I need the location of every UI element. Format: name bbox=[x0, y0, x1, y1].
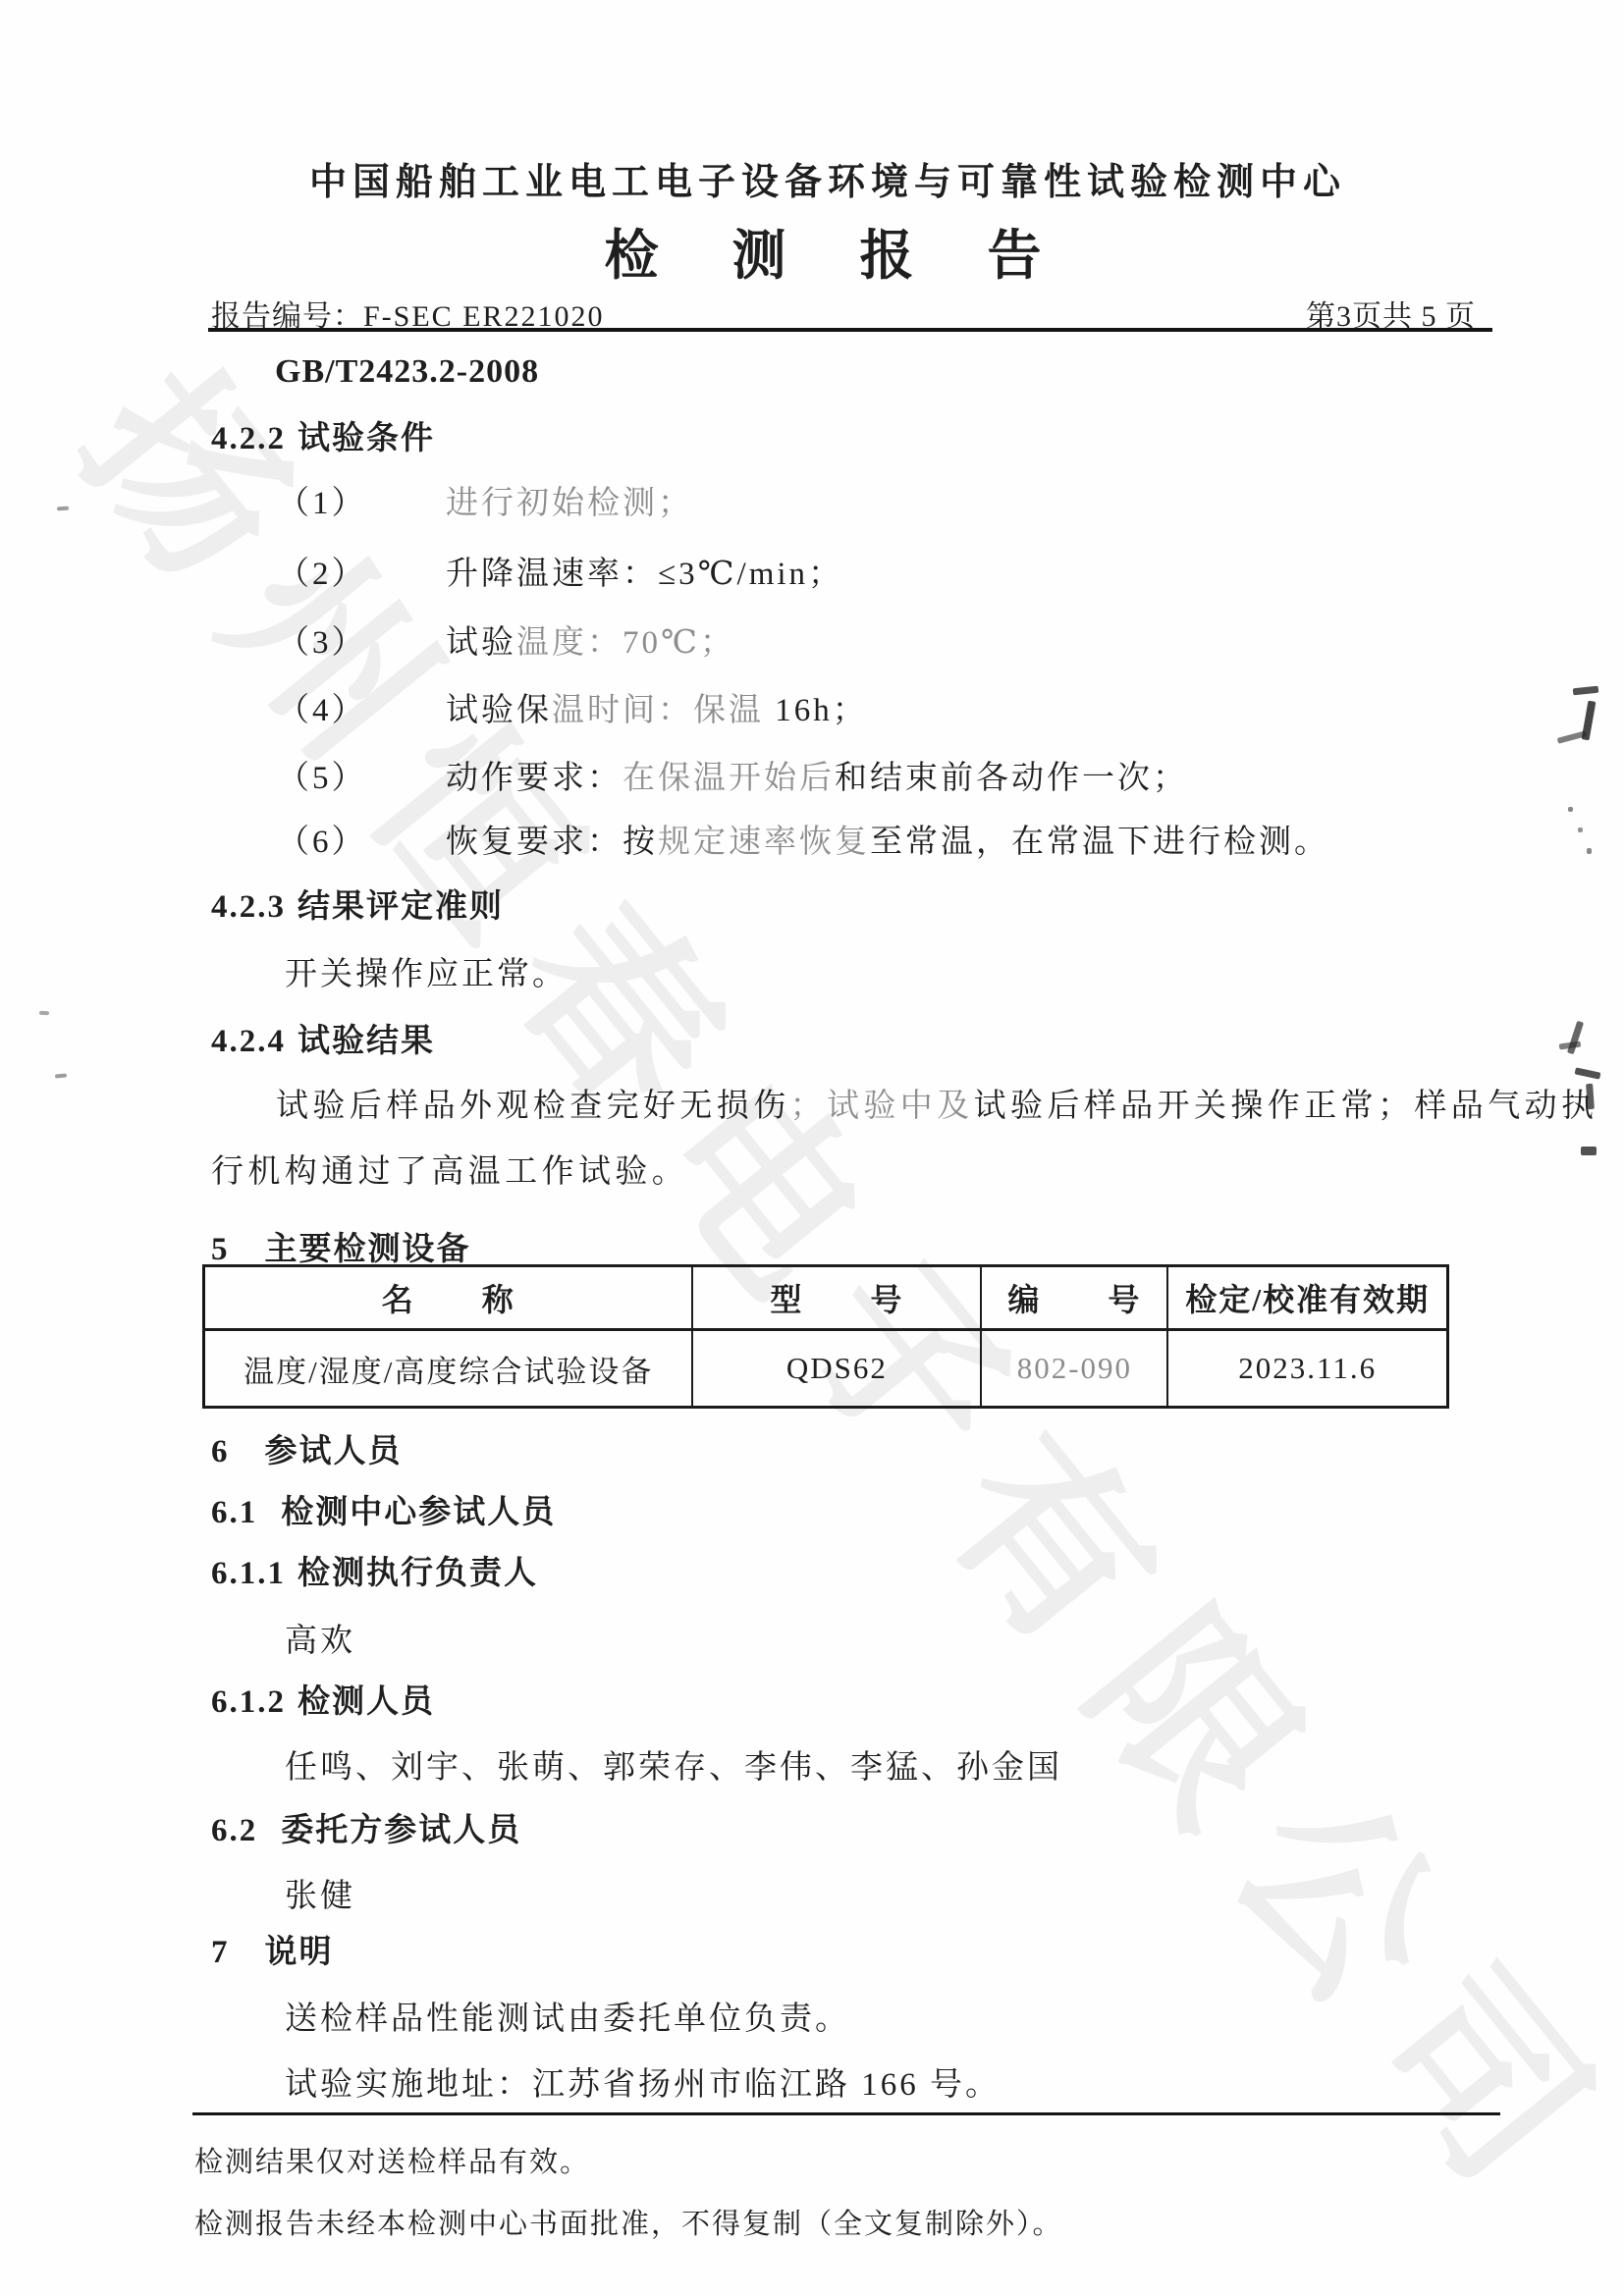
heading-6-1: 6.1检测中心参试人员 bbox=[211, 1486, 556, 1532]
col-header-serial: 编 号 bbox=[981, 1266, 1167, 1330]
item-number: （2） bbox=[277, 548, 446, 594]
client-personnel-name: 张健 bbox=[285, 1870, 355, 1916]
heading-4-2-2: 4.2.2试验条件 bbox=[211, 412, 435, 458]
equipment-validity: 2023.11.6 bbox=[1167, 1330, 1447, 1408]
item-text-faded: 进行初始检测； bbox=[446, 486, 693, 521]
footer-statement-1: 检测结果仅对送检样品有效。 bbox=[194, 2140, 590, 2180]
condition-item-2: （2）升降温速率：≤3℃/min； bbox=[277, 548, 843, 594]
heading-6-2: 6.2委托方参试人员 bbox=[211, 1804, 521, 1850]
standard-ref: GB/T2423.2-2008 bbox=[275, 353, 539, 391]
table-header-row: 名 称 型 号 编 号 检定/校准有效期 bbox=[204, 1266, 1448, 1330]
item-text: 升降温速率：≤3℃/min； bbox=[446, 557, 843, 592]
heading-4-2-3: 4.2.3结果评定准则 bbox=[211, 881, 504, 927]
heading-title: 检测人员 bbox=[298, 1684, 435, 1720]
test-leader-name: 高欢 bbox=[285, 1615, 355, 1661]
item-text: 至常温，在常温下进行检测。 bbox=[870, 825, 1329, 860]
item-text: 恢复要求：按 bbox=[446, 825, 658, 860]
col-header-name: 名 称 bbox=[204, 1266, 693, 1330]
doc-title: 检 测 报 告 bbox=[211, 212, 1444, 290]
table-row: 温度/湿度/高度综合试验设备 QDS62 802-090 2023.11.6 bbox=[204, 1330, 1448, 1408]
result-paragraph-line-1: 试验后样品外观检查完好无损伤；试验中及试验后样品开关操作正常；样品气动执 bbox=[211, 1080, 1597, 1126]
item-text-faded: 规定速率恢复 bbox=[658, 825, 870, 860]
heading-6: 6参试人员 bbox=[211, 1425, 403, 1471]
heading-6-1-1: 6.1.1检测执行负责人 bbox=[211, 1547, 538, 1593]
heading-number: 6.1.1 bbox=[211, 1556, 286, 1591]
equipment-serial: 802-090 bbox=[981, 1330, 1167, 1408]
heading-number: 4.2.4 bbox=[211, 1024, 286, 1059]
heading-number: 6.1 bbox=[211, 1495, 257, 1530]
heading-6-1-2: 6.1.2检测人员 bbox=[211, 1676, 435, 1722]
footer-rule bbox=[192, 2112, 1500, 2115]
equipment-name: 温度/湿度/高度综合试验设备 bbox=[204, 1330, 693, 1408]
condition-item-5: （5）动作要求：在保温开始后和结束前各动作一次； bbox=[277, 752, 1188, 798]
equipment-model: QDS62 bbox=[692, 1330, 981, 1408]
heading-title: 检测中心参试人员 bbox=[281, 1495, 556, 1530]
heading-number: 6 bbox=[211, 1434, 230, 1469]
item-number: （6） bbox=[277, 816, 446, 862]
heading-4-2-4: 4.2.4试验结果 bbox=[211, 1015, 435, 1061]
note-line-2: 试验实施地址：江苏省扬州市临江路 166 号。 bbox=[285, 2058, 1001, 2105]
col-header-model: 型 号 bbox=[692, 1266, 981, 1330]
result-text-faded: ；试验中及 bbox=[790, 1089, 974, 1124]
heading-number: 6.1.2 bbox=[211, 1684, 286, 1720]
item-number: （3） bbox=[277, 616, 446, 663]
item-number: （4） bbox=[277, 684, 446, 730]
test-personnel-names: 任鸣、刘宇、张萌、郭荣存、李伟、李猛、孙金国 bbox=[285, 1741, 1062, 1788]
item-text: 动作要求： bbox=[446, 761, 623, 796]
result-text: 试验后样品开关操作正常；样品气动执 bbox=[974, 1089, 1598, 1124]
heading-title: 说明 bbox=[265, 1935, 334, 1970]
org-name: 中国船舶工业电工电子设备环境与可靠性试验检测中心 bbox=[211, 151, 1444, 205]
heading-title: 参试人员 bbox=[265, 1434, 403, 1469]
item-text-faded: 温时间：保温 bbox=[552, 693, 775, 728]
test-report-page: 扬州恒春电子有限公司 中国船舶工业电工电子设备环境与可靠性试验检测中心 检 测 … bbox=[0, 0, 1624, 2296]
heading-title: 检测执行负责人 bbox=[298, 1556, 538, 1591]
heading-number: 7 bbox=[211, 1935, 230, 1970]
note-line-1: 送检样品性能测试由委托单位负责。 bbox=[285, 1993, 850, 2039]
condition-item-3: （3）试验温度：70℃； bbox=[277, 616, 735, 663]
item-number: （1） bbox=[277, 477, 446, 523]
equipment-table: 名 称 型 号 编 号 检定/校准有效期 温度/湿度/高度综合试验设备 QDS6… bbox=[202, 1264, 1449, 1409]
result-paragraph-line-2: 行机构通过了高温工作试验。 bbox=[211, 1146, 688, 1192]
heading-title: 试验条件 bbox=[298, 421, 435, 456]
condition-item-6: （6）恢复要求：按规定速率恢复至常温，在常温下进行检测。 bbox=[277, 816, 1329, 862]
heading-number: 4.2.3 bbox=[211, 889, 286, 925]
item-text-faded: 在保温开始后 bbox=[623, 761, 835, 796]
col-header-validity: 检定/校准有效期 bbox=[1167, 1266, 1447, 1330]
heading-title: 主要检测设备 bbox=[265, 1232, 471, 1267]
heading-title: 试验结果 bbox=[298, 1024, 435, 1059]
heading-title: 委托方参试人员 bbox=[281, 1813, 521, 1848]
heading-number: 4.2.2 bbox=[211, 421, 286, 456]
item-number: （5） bbox=[277, 752, 446, 798]
item-text-faded: 温度：70℃； bbox=[516, 625, 735, 661]
item-text: 和结束前各动作一次； bbox=[835, 761, 1188, 796]
heading-title: 结果评定准则 bbox=[298, 889, 504, 925]
heading-5: 5主要检测设备 bbox=[211, 1223, 471, 1269]
header-rule bbox=[208, 328, 1492, 332]
item-text: 试验 bbox=[446, 625, 516, 661]
item-text: 试验保 bbox=[446, 693, 552, 728]
item-text: 16h； bbox=[775, 693, 868, 728]
heading-7: 7说明 bbox=[211, 1926, 334, 1972]
criteria-text: 开关操作应正常。 bbox=[285, 948, 568, 994]
result-text: 试验后样品外观检查完好无损伤 bbox=[276, 1089, 790, 1124]
heading-number: 5 bbox=[211, 1232, 230, 1267]
footer-statement-2: 检测报告未经本检测中心书面批准，不得复制（全文复制除外）。 bbox=[194, 2202, 1063, 2242]
heading-number: 6.2 bbox=[211, 1813, 257, 1848]
condition-item-4: （4）试验保温时间：保温 16h； bbox=[277, 684, 868, 730]
condition-item-1: （1）进行初始检测； bbox=[277, 477, 693, 523]
